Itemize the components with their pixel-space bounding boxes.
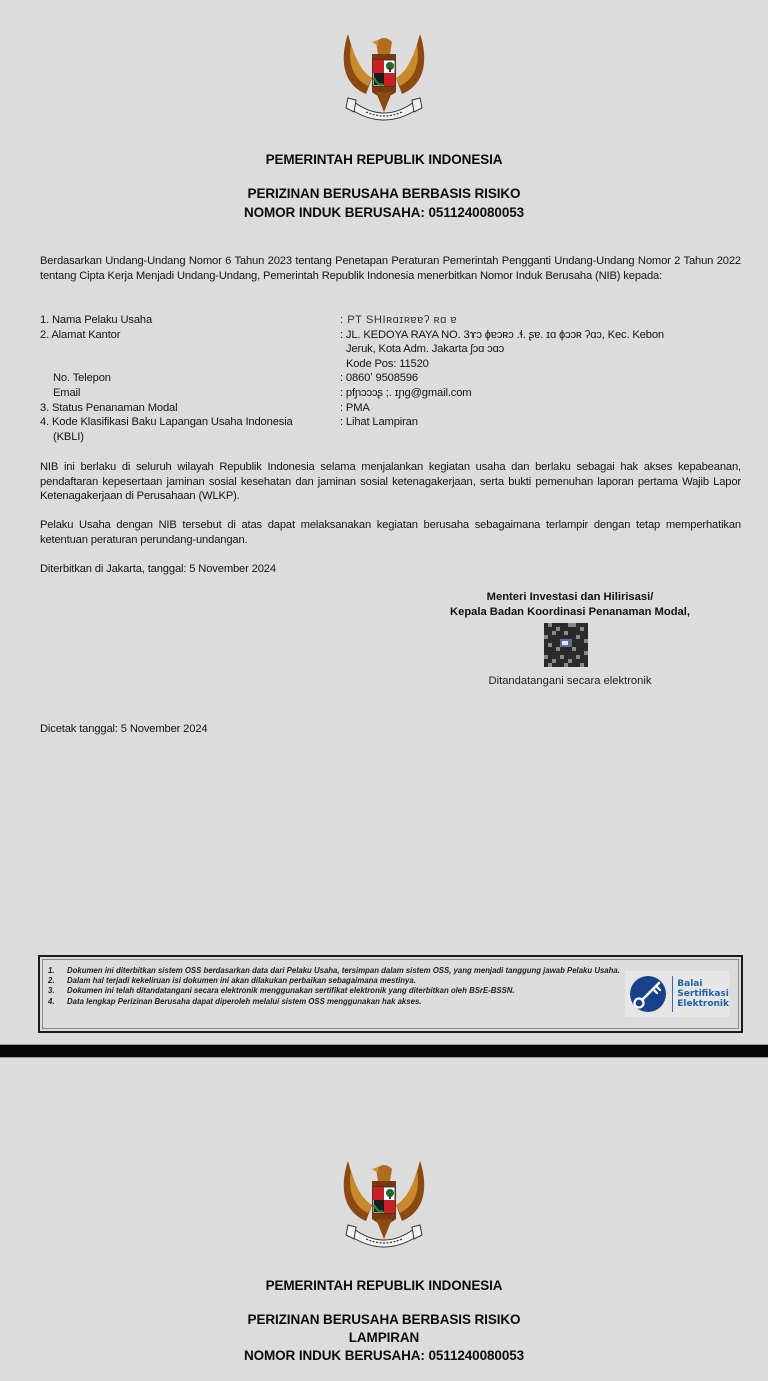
field-value: : JL. KEDOYA RAYA NO. 3ɤɔ ɸɐɔʀɔ .ɬ. ʂɐ. …: [340, 328, 750, 372]
document-title: PERIZINAN BERUSAHA BERBASIS RISIKO: [0, 186, 768, 201]
business-details: 1. Nama Pelaku Usaha : PT SHIʀɑɪʀɐɐʔ ʀɑ …: [40, 313, 750, 444]
field-label: 1. Nama Pelaku Usaha: [40, 313, 340, 328]
qr-code-icon: [544, 623, 588, 667]
note-text: Dokumen ini diterbitkan sistem OSS berda…: [67, 966, 620, 976]
field-row-email: Email : pfɲɔɔɔʂ ;. ɪɲg@gmail.com: [40, 386, 750, 401]
field-row-business-name: 1. Nama Pelaku Usaha : PT SHIʀɑɪʀɐɐʔ ʀɑ …: [40, 313, 750, 328]
field-row-kbli: 4. Kode Klasifikasi Baku Lapangan Usaha …: [40, 415, 750, 444]
garuda-emblem-icon: [336, 28, 432, 132]
address-line-2: Jeruk, Kota Adm. Jakarta ʃɔɑ ɔɑɔ: [340, 342, 750, 357]
bsre-text: Balai Sertifikasi Elektronik: [677, 979, 729, 1009]
field-label: No. Telepon: [40, 371, 340, 386]
bsre-key-icon: [629, 975, 667, 1013]
government-heading: PEMERINTAH REPUBLIK INDONESIA: [0, 1278, 768, 1293]
field-value: : PMA: [340, 401, 750, 416]
note-number: 1.: [48, 966, 67, 976]
note-text: Dalam hal terjadi kekeliruan isi dokumen…: [67, 976, 416, 986]
note-text: Data lengkap Perizinan Berusaha dapat di…: [67, 997, 421, 1007]
field-label: 3. Status Penanaman Modal: [40, 401, 340, 416]
page-divider: [0, 1044, 768, 1058]
signer-line-2: Kepala Badan Koordinasi Penanaman Modal,: [420, 605, 720, 620]
issued-date: Diterbitkan di Jakarta, tanggal: 5 Novem…: [40, 562, 741, 577]
footer-note: 3. Dokumen ini telah ditandatangani seca…: [48, 986, 628, 996]
field-row-phone: No. Telepon : 0860ʼ 9508596: [40, 371, 750, 386]
bsre-logo: Balai Sertifikasi Elektronik: [625, 971, 729, 1017]
field-label: 4. Kode Klasifikasi Baku Lapangan Usaha …: [40, 415, 340, 444]
footer-note: 4. Data lengkap Perizinan Berusaha dapat…: [48, 997, 628, 1007]
printed-date: Dicetak tanggal: 5 November 2024: [40, 723, 207, 735]
field-row-investment-status: 3. Status Penanaman Modal : PMA: [40, 401, 750, 416]
field-row-office-address: 2. Alamat Kantor : JL. KEDOYA RAYA NO. 3…: [40, 328, 750, 372]
note-number: 3.: [48, 986, 67, 996]
footer-note: 2. Dalam hal terjadi kekeliruan isi doku…: [48, 976, 628, 986]
footer-note: 1. Dokumen ini diterbitkan sistem OSS be…: [48, 966, 628, 976]
government-heading: PEMERINTAH REPUBLIK INDONESIA: [0, 152, 768, 167]
field-value: : pfɲɔɔɔʂ ;. ɪɲg@gmail.com: [340, 386, 750, 401]
note-number: 2.: [48, 976, 67, 986]
garuda-emblem-icon: [336, 1155, 432, 1259]
field-value: : Lihat Lampiran: [340, 415, 750, 444]
bsre-line-1: Balai: [677, 979, 729, 989]
note-text: Dokumen ini telah ditandatangani secara …: [67, 986, 515, 996]
signer-title: Menteri Investasi dan Hilirisasi/ Kepala…: [420, 590, 720, 619]
field-label: 2. Alamat Kantor: [40, 328, 340, 372]
activity-paragraph: Pelaku Usaha dengan NIB tersebut di atas…: [40, 518, 741, 547]
field-value: : 0860ʼ 9508596: [340, 371, 750, 386]
bsre-line-3: Elektronik: [677, 999, 729, 1009]
bsre-separator: [672, 976, 673, 1012]
intro-paragraph: Berdasarkan Undang-Undang Nomor 6 Tahun …: [40, 254, 741, 283]
bsre-line-2: Sertifikasi: [677, 989, 729, 999]
electronic-signature-note: Ditandatangani secara elektronik: [420, 674, 720, 689]
address-line-3: Kode Pos: 11520: [340, 357, 750, 372]
nib-certificate-page-1: PEMERINTAH REPUBLIK INDONESIA PERIZINAN …: [0, 0, 768, 1044]
kbli-label: 4. Kode Klasifikasi Baku Lapangan Usaha …: [40, 416, 293, 428]
nib-number: NOMOR INDUK BERUSAHA: 0511240080053: [0, 205, 768, 220]
address-line-1: : JL. KEDOYA RAYA NO. 3ɤɔ ɸɐɔʀɔ .ɬ. ʂɐ. …: [340, 329, 664, 341]
validity-paragraph: NIB ini berlaku di seluruh wilayah Repub…: [40, 460, 741, 504]
nib-certificate-page-2: PEMERINTAH REPUBLIK INDONESIA PERIZINAN …: [0, 1058, 768, 1381]
footer-notes: 1. Dokumen ini diterbitkan sistem OSS be…: [48, 966, 628, 1007]
attachment-heading: LAMPIRAN: [0, 1330, 768, 1345]
signer-line-1: Menteri Investasi dan Hilirisasi/: [420, 590, 720, 605]
field-label: Email: [40, 386, 340, 401]
note-number: 4.: [48, 997, 67, 1007]
nib-number: NOMOR INDUK BERUSAHA: 0511240080053: [0, 1348, 768, 1363]
field-value: : PT SHIʀɑɪʀɐɐʔ ʀɑ ɐ: [340, 313, 750, 328]
footer-notes-box: 1. Dokumen ini diterbitkan sistem OSS be…: [38, 955, 743, 1033]
document-title: PERIZINAN BERUSAHA BERBASIS RISIKO: [0, 1312, 768, 1327]
kbli-label-cont: (KBLI): [40, 431, 84, 443]
